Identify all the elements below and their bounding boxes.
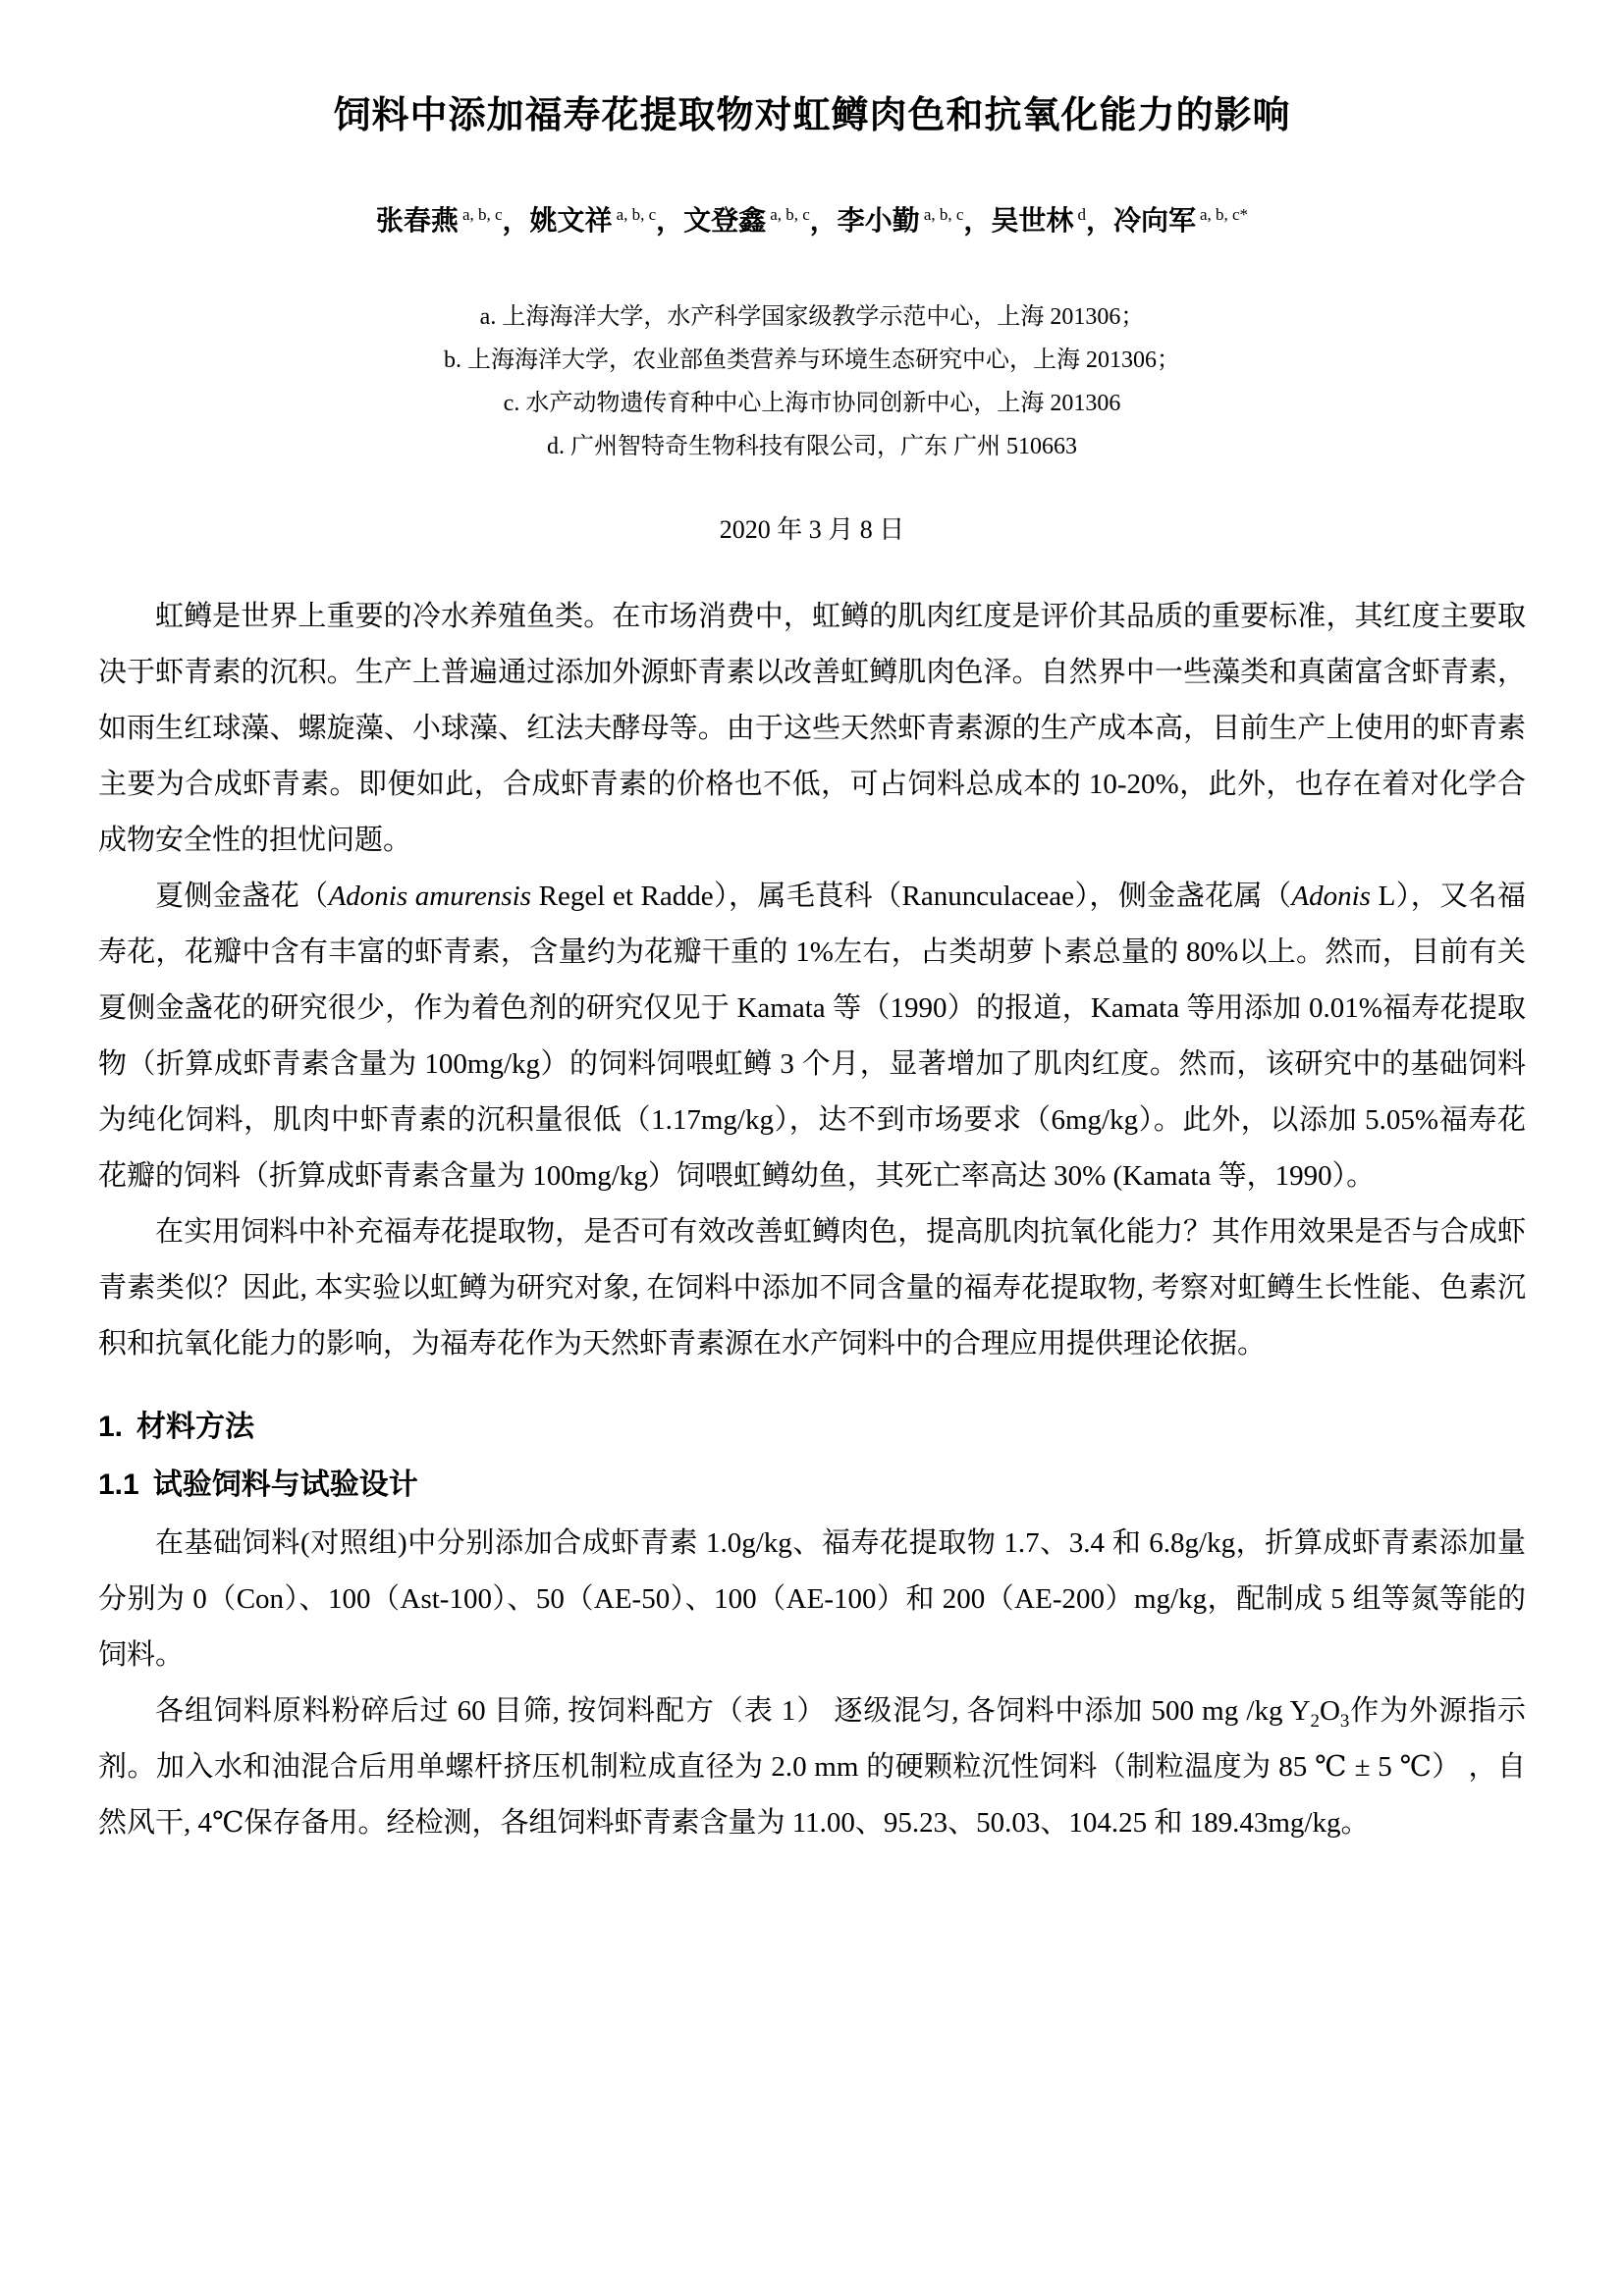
affiliation-line-c: c. 水产动物遗传育种中心上海市协同创新中心，上海 201306 <box>98 382 1526 425</box>
section-number: 1. <box>98 1411 123 1443</box>
author-separator: ， <box>963 205 991 236</box>
author-superscript: a, b, c <box>613 205 657 224</box>
author-name: 文登鑫 <box>683 205 766 236</box>
author-superscript: a, b, c <box>766 205 810 224</box>
author-name: 张春燕 <box>376 205 459 236</box>
paragraph-intro-1: 虹鳟是世界上重要的冷水养殖鱼类。在市场消费中，虹鳟的肌肉红度是评价其品质的重要标… <box>98 589 1526 869</box>
paper-title: 饲料中添加福寿花提取物对虹鳟肉色和抗氧化能力的影响 <box>98 84 1526 138</box>
author-separator: ， <box>1086 205 1113 236</box>
paper-body: 虹鳟是世界上重要的冷水养殖鱼类。在市场消费中，虹鳟的肌肉红度是评价其品质的重要标… <box>98 589 1526 1851</box>
paragraph-intro-3: 在实用饲料中补充福寿花提取物，是否可有效改善虹鳟肉色，提高肌肉抗氧化能力？其作用… <box>98 1204 1526 1372</box>
affiliation-block: a. 上海海洋大学，水产科学国家级教学示范中心，上海 201306； b. 上海… <box>98 295 1526 468</box>
subsection-heading-diet-design: 1.1试验饲料与试验设计 <box>98 1466 1526 1504</box>
text-segment: 在实用饲料中补充福寿花提取物，是否可有效改善虹鳟肉色，提高肌肉抗氧化能力？其作用… <box>98 1216 1526 1360</box>
author-separator: ， <box>810 205 838 236</box>
author-4: 李小勤a, b, c， <box>838 206 992 237</box>
author-5: 吴世林d， <box>991 206 1113 237</box>
document-page: 饲料中添加福寿花提取物对虹鳟肉色和抗氧化能力的影响 张春燕a, b, c，姚文祥… <box>0 0 1624 2296</box>
author-superscript: d <box>1073 205 1086 224</box>
author-name: 姚文祥 <box>530 205 613 236</box>
author-superscript: a, b, c <box>920 205 964 224</box>
affiliation-line-b: b. 上海海洋大学，农业部鱼类营养与环境生态研究中心，上海 201306； <box>98 339 1526 382</box>
author-name: 冷向军 <box>1113 205 1196 236</box>
author-separator: ， <box>656 205 683 236</box>
subsection-label: 试验饲料与试验设计 <box>153 1468 418 1501</box>
date-line: 2020 年 3 月 8 日 <box>98 509 1526 546</box>
paragraph-methods-1: 在基础饲料(对照组)中分别添加合成虾青素 1.0g/kg、福寿花提取物 1.7、… <box>98 1516 1526 1683</box>
section-label: 材料方法 <box>136 1411 254 1443</box>
affiliation-line-a: a. 上海海洋大学，水产科学国家级教学示范中心，上海 201306； <box>98 295 1526 339</box>
text-segment: 夏侧金盏花（ <box>155 881 329 912</box>
author-1: 张春燕a, b, c， <box>376 206 530 237</box>
paragraph-intro-2: 夏侧金盏花（Adonis amurensis Regel et Radde），属… <box>98 869 1526 1204</box>
paragraph-methods-2: 各组饲料原料粉碎后过 60 目筛, 按饲料配方（表 1） 逐级混匀, 各饲料中添… <box>98 1683 1526 1851</box>
author-line: 张春燕a, b, c，姚文祥a, b, c，文登鑫a, b, c，李小勤a, b… <box>98 201 1526 240</box>
text-segment: 在基础饲料(对照组)中分别添加合成虾青素 1.0g/kg、福寿花提取物 1.7、… <box>98 1527 1526 1671</box>
author-name: 李小勤 <box>838 205 920 236</box>
text-segment: 各组饲料原料粉碎后过 60 目筛, 按饲料配方（表 1） 逐级混匀, 各饲料中添… <box>155 1695 1311 1727</box>
text-segment: 3 <box>1340 1711 1349 1732</box>
text-segment: Adonis amurensis <box>329 881 531 912</box>
text-segment: L），又名福寿花，花瓣中含有丰富的虾青素，含量约为花瓣干重的 1%左右，占类胡萝… <box>98 881 1526 1192</box>
author-separator: ， <box>503 205 530 236</box>
author-name: 吴世林 <box>991 205 1073 236</box>
text-segment: 虹鳟是世界上重要的冷水养殖鱼类。在市场消费中，虹鳟的肌肉红度是评价其品质的重要标… <box>98 601 1526 856</box>
author-superscript: a, b, c* <box>1196 205 1248 224</box>
text-segment: O <box>1320 1695 1340 1727</box>
affiliation-line-d: d. 广州智特奇生物科技有限公司，广东 广州 510663 <box>98 425 1526 468</box>
subsection-number: 1.1 <box>98 1468 139 1501</box>
section-heading-materials-methods: 1.材料方法 <box>98 1408 1526 1446</box>
text-segment: Adonis <box>1291 881 1371 912</box>
author-6: 冷向军a, b, c* <box>1113 206 1248 237</box>
author-2: 姚文祥a, b, c， <box>530 206 684 237</box>
author-superscript: a, b, c <box>459 205 503 224</box>
text-segment: 2 <box>1311 1711 1320 1732</box>
text-segment: Regel et Radde），属毛茛科（Ranunculaceae），侧金盏花… <box>531 881 1291 912</box>
author-3: 文登鑫a, b, c， <box>683 206 838 237</box>
